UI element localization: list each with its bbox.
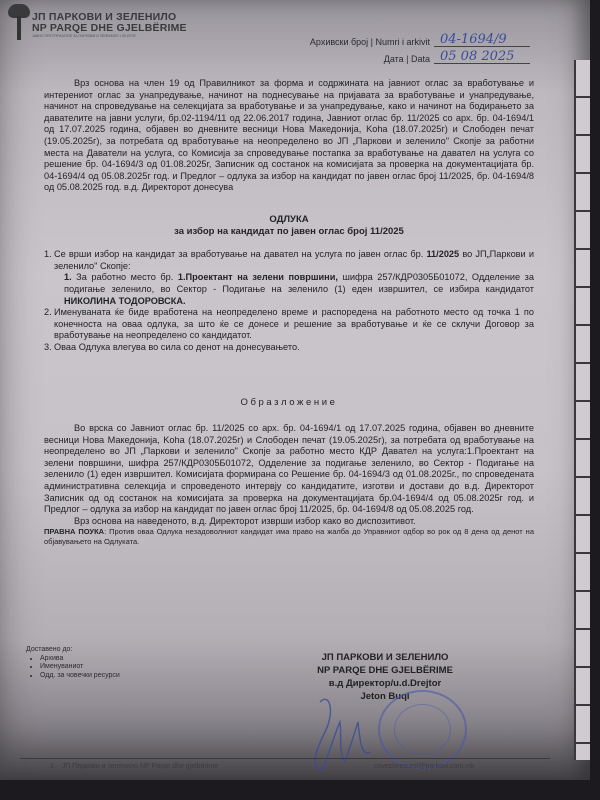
org-logo: ЈП ПАРКОВИ И ЗЕЛЕНИЛО NP PARQE DHE GJELB… bbox=[8, 4, 187, 42]
date-value: 05 08 2025 bbox=[434, 50, 530, 64]
reasoning-conclusion: Врз основа на наведеното, в.д. Директоро… bbox=[44, 516, 534, 528]
binder-edge bbox=[574, 60, 590, 760]
position-item: 1. За работно место бр. 1.Проектант на з… bbox=[54, 272, 534, 307]
delivered-to-item: Именуваниот bbox=[40, 663, 120, 672]
decision-subtitle: за избор на кандидат по јавен оглас број… bbox=[44, 226, 534, 238]
document-body: Врз основа на член 19 од Правилникот за … bbox=[44, 78, 534, 547]
signature-role: в.д Директор/u.d.Drejtor bbox=[300, 677, 470, 690]
decision-item-2: 2. Именуваната ќе биде вработена на неоп… bbox=[44, 307, 534, 342]
decision-title: ОДЛУКА bbox=[44, 214, 534, 226]
legal-notice: ПРАВНА ПОУКА: Против оваа Одлука незадов… bbox=[44, 527, 534, 547]
candidate-name: НИКОЛИНА ТОДОРОВСКА. bbox=[64, 296, 186, 306]
tree-icon bbox=[8, 4, 30, 42]
document-page: ЈП ПАРКОВИ И ЗЕЛЕНИЛО NP PARQE DHE GJELB… bbox=[0, 0, 590, 780]
reasoning-paragraph: Во врска со Јавниот оглас бр. 11/2025 со… bbox=[44, 423, 534, 516]
intro-paragraph: Врз основа на член 19 од Правилникот за … bbox=[44, 78, 534, 194]
decision-items: 1. Се врши избор на кандидат за вработув… bbox=[44, 249, 534, 353]
delivered-to-label: Доставено до: bbox=[26, 646, 120, 655]
archive-number-value: 04-1694/9 bbox=[434, 33, 530, 47]
logo-org-name-sq: NP PARQE DHE GJELBËRIME bbox=[32, 23, 187, 34]
decision-item-3: 3. Оваа Одлука влегува во сила со денот … bbox=[44, 342, 534, 354]
footer-divider bbox=[20, 758, 550, 759]
archive-block: Архивски број | Numri i arkivit 04-1694/… bbox=[310, 30, 530, 64]
delivered-to-item: Архива bbox=[40, 655, 120, 664]
decision-item-1: 1. Се врши избор на кандидат за вработув… bbox=[44, 249, 534, 307]
logo-org-name-mk: ЈП ПАРКОВИ И ЗЕЛЕНИЛО bbox=[32, 12, 187, 23]
position-title: 1.Проектант на зелени површини, bbox=[178, 272, 338, 282]
reasoning-title: Образложение bbox=[44, 397, 534, 409]
logo-subline: ЈАВНО ПРЕТПРИЈАТИЕ ЗА ПАРКОВИ И ЗЕЛЕНИЛО… bbox=[32, 35, 187, 39]
signature-org-sq: NP PARQE DHE GJELBËRIME bbox=[300, 664, 470, 677]
footer-org: 1 ЈП Паркови и зеленило NP Parqe dhe gje… bbox=[50, 763, 218, 770]
legal-notice-label: ПРАВНА ПОУКА bbox=[44, 527, 104, 536]
footer-email: coveckiresursi@parkovi.com.mk bbox=[374, 763, 474, 770]
archive-number-label: Архивски број | Numri i arkivit bbox=[310, 37, 430, 47]
signature-org-mk: ЈП ПАРКОВИ И ЗЕЛЕНИЛО bbox=[300, 651, 470, 664]
delivered-to: Доставено до: Архива Именуваниот Одд. за… bbox=[26, 646, 120, 680]
page-footer: 1 ЈП Паркови и зеленило NP Parqe dhe gje… bbox=[0, 755, 590, 800]
delivered-to-item: Одд. за човечки ресурси bbox=[40, 672, 120, 681]
date-label: Дата | Data bbox=[384, 54, 430, 64]
